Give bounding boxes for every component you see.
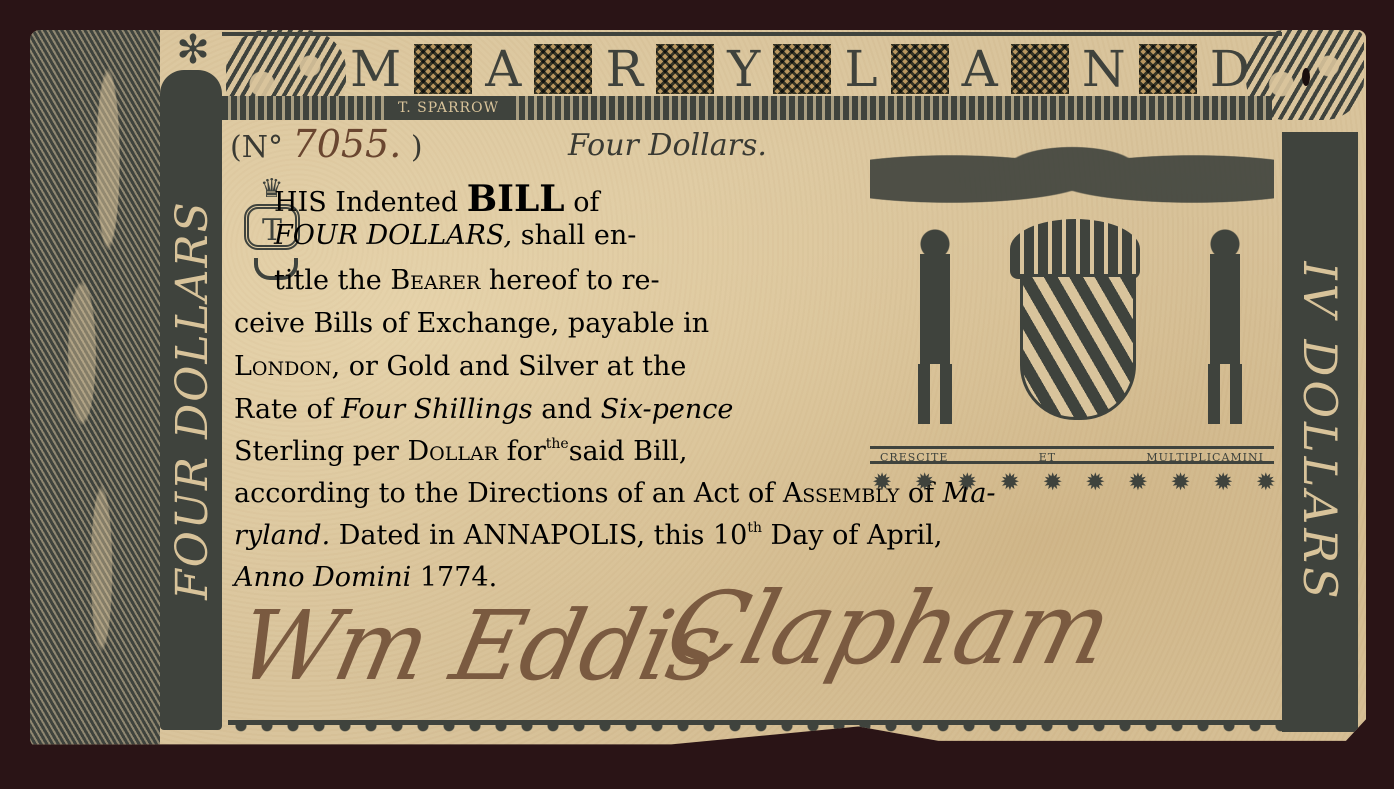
star-icon: ✹ bbox=[1213, 468, 1233, 496]
left-foliage-ornament bbox=[30, 30, 160, 748]
top-rule bbox=[222, 32, 1282, 36]
text-run: Bearer bbox=[390, 265, 480, 296]
text-run: shall en- bbox=[512, 220, 636, 251]
body-line-4: ceive Bills of Exchange, payable in bbox=[234, 308, 709, 339]
blackletter-bill: BILL bbox=[467, 178, 565, 220]
lattice-tile bbox=[891, 44, 949, 94]
star-icon: ✹ bbox=[1256, 468, 1276, 496]
body-line-10: Anno Domini 1774. bbox=[234, 562, 497, 593]
motto-word: CRESCITE bbox=[880, 449, 948, 461]
text-run: th bbox=[747, 520, 762, 536]
lattice-tile bbox=[534, 44, 592, 94]
text-run: Anno Domini bbox=[234, 562, 411, 593]
serial-suffix: ) bbox=[411, 130, 423, 165]
text-run: Rate of bbox=[234, 394, 341, 425]
text-run: Six-pence bbox=[601, 394, 734, 425]
text-run: the bbox=[546, 436, 569, 452]
serial-prefix: (N° bbox=[230, 130, 283, 165]
signature-clapham: Clapham bbox=[655, 570, 1121, 687]
star-icon: ✹ bbox=[1000, 468, 1020, 496]
body-line-7: Sterling per Dollar forthesaid Bill, bbox=[234, 436, 688, 467]
denomination-heading: Four Dollars. bbox=[568, 128, 767, 163]
text-run: Dated in ANNAPOLIS, this 10 bbox=[330, 520, 747, 551]
shield-icon bbox=[1020, 274, 1136, 420]
text-run: Day of April, bbox=[762, 520, 943, 551]
text-run: Dollar bbox=[408, 436, 499, 467]
lattice-tile bbox=[1139, 44, 1197, 94]
motto-word: ET bbox=[1039, 449, 1056, 461]
text-run: FOUR DOLLARS, bbox=[274, 220, 512, 251]
body-line-6: Rate of Four Shillings and Six-pence bbox=[234, 394, 733, 425]
title-letter: Y bbox=[727, 40, 760, 98]
serial-number-line: (N° 7055. ) bbox=[230, 122, 423, 166]
star-icon: ✹ bbox=[1043, 468, 1063, 496]
text-run: ceive Bills of Exchange, payable in bbox=[234, 308, 709, 339]
fisherman-figure-icon bbox=[1190, 224, 1260, 424]
text-run: and bbox=[533, 394, 601, 425]
title-letter: D bbox=[1210, 40, 1250, 98]
maryland-coat-of-arms bbox=[870, 124, 1274, 444]
body-line-9: ryland. Dated in ANNAPOLIS, this 10th Da… bbox=[234, 520, 943, 551]
text-run: of bbox=[565, 187, 600, 218]
body-line-2: FOUR DOLLARS, shall en- bbox=[274, 220, 636, 251]
flower-ornament-icon: ✻ bbox=[170, 30, 216, 70]
engraver-name: T. SPARROW bbox=[386, 96, 511, 120]
star-icon: ✹ bbox=[1170, 468, 1190, 496]
motto-word: MULTIPLICAMINI bbox=[1146, 449, 1264, 461]
coronet-icon bbox=[1010, 219, 1140, 279]
left-border-text: FOUR DOLLARS bbox=[162, 70, 222, 730]
body-line-3: title the Bearer hereof to re- bbox=[274, 265, 660, 296]
star-icon: ✹ bbox=[915, 468, 935, 496]
header-title-maryland: M A R Y L A N D bbox=[340, 38, 1260, 100]
text-run: said Bill, bbox=[569, 436, 688, 467]
text-run: Four Shillings bbox=[341, 394, 532, 425]
title-letter: N bbox=[1082, 40, 1126, 98]
bottom-fleuron-border bbox=[228, 718, 1282, 744]
text-run: London bbox=[234, 351, 332, 382]
title-letter: M bbox=[350, 40, 401, 98]
mantling-ornament bbox=[870, 124, 1274, 234]
text-run: title the bbox=[274, 265, 390, 296]
signature-eddis: Wm Eddis bbox=[228, 590, 729, 702]
title-letter: A bbox=[962, 40, 998, 98]
star-icon: ✹ bbox=[1085, 468, 1105, 496]
lattice-tile bbox=[656, 44, 714, 94]
lattice-tile bbox=[773, 44, 831, 94]
text-run: according to the Directions of an Act of bbox=[234, 478, 783, 509]
star-ornament-row: ✹ ✹ ✹ ✹ ✹ ✹ ✹ ✹ ✹ ✹ bbox=[872, 468, 1276, 496]
title-letter: L bbox=[844, 40, 877, 98]
star-icon: ✹ bbox=[957, 468, 977, 496]
star-icon: ✹ bbox=[1128, 468, 1148, 496]
lattice-tile bbox=[1011, 44, 1069, 94]
text-run: 1774. bbox=[411, 562, 497, 593]
farmer-figure-icon bbox=[900, 224, 970, 424]
motto-banner: CRESCITE ET MULTIPLICAMINI bbox=[870, 446, 1274, 464]
body-line-1: HIS Indented BILL of bbox=[274, 178, 599, 220]
banknote: ✻ FOUR DOLLARS M A R Y L A N D T. SPARRO… bbox=[30, 30, 1366, 748]
text-run: hereof to re- bbox=[480, 265, 659, 296]
text-run: ryland. bbox=[234, 520, 330, 551]
body-line-5: London, or Gold and Silver at the bbox=[234, 351, 686, 382]
header-ornament-band: T. SPARROW bbox=[222, 96, 1272, 120]
lattice-tile bbox=[414, 44, 472, 94]
text-run: Sterling per bbox=[234, 436, 408, 467]
serial-number: 7055. bbox=[293, 122, 402, 166]
text-run: , or Gold and Silver at the bbox=[332, 351, 687, 382]
star-icon: ✹ bbox=[872, 468, 892, 496]
text-run: HIS Indented bbox=[274, 187, 467, 218]
right-border-text: IV DOLLARS bbox=[1288, 132, 1352, 732]
text-run: for bbox=[498, 436, 546, 467]
title-letter: R bbox=[606, 40, 644, 98]
punch-hole bbox=[1302, 68, 1310, 86]
title-letter: A bbox=[485, 40, 521, 98]
